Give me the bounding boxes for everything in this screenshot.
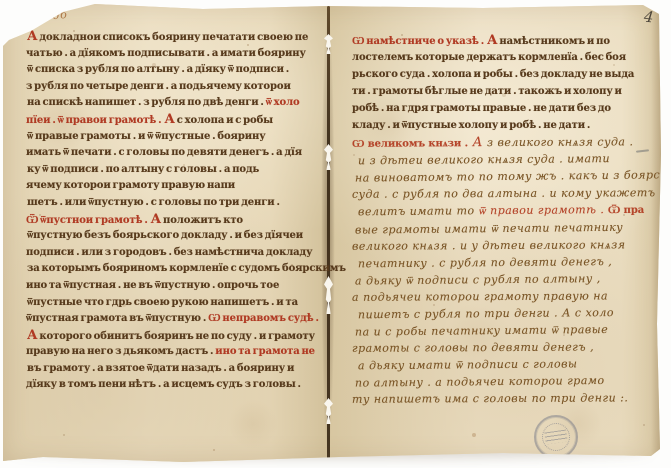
- manuscript-line: кладу . и ѿпустные холопу и робѣ . не да…: [352, 117, 654, 134]
- manuscript-scan: 3 об 4 А докладнои списокъ боярину печат…: [0, 0, 671, 468]
- ink-text: ѿ правые грамоты . и ѿ ѿпустные . боярин…: [27, 131, 266, 142]
- manuscript-line: ѿ списка з рубля по алтыну . а дїяку ѿ п…: [27, 62, 323, 79]
- ink-text: ѿпустную безъ боярьского докладу . и без…: [27, 230, 303, 241]
- rubric-text: пїеи . ѿ правои грамотѣ .: [26, 115, 161, 126]
- ink-text: рьского суда . холопа и робы . без докла…: [352, 69, 634, 80]
- binding-fold-line: [327, 6, 330, 462]
- manuscript-line: А докладнои списокъ боярину печатати сво…: [27, 29, 323, 46]
- ink-text: робѣ . на гдря грамоты правые . не дати …: [352, 103, 611, 114]
- manuscript-line: подписи . или з городовъ . без намѣстнич…: [26, 245, 322, 262]
- manuscript-line: великого кнѧзя . и у дѣтеи великого кнѧз…: [352, 236, 654, 255]
- rubric-text: А: [148, 212, 161, 227]
- ink-text: а подьячеи которои грамоту правую на: [352, 289, 608, 303]
- rubric-text: ѿ правои грамотѣ .: [475, 204, 605, 218]
- rubric-text: Ѡ великомъ кнѧзи .: [352, 138, 468, 150]
- ink-text: и з дѣтеи великого кнѧзя суда . имати: [358, 152, 610, 167]
- ink-text: ѿпустная грамота въ ѿпустную .: [26, 313, 206, 324]
- right-page-text: Ѡ намѣстниче о указѣ . А намѣстникомъ и …: [352, 32, 654, 407]
- ink-text: ти . грамоты бѣглые не дати . такожъ и х…: [352, 86, 622, 97]
- ink-text: чатью . а дїякомъ подписывати . а имати …: [26, 48, 306, 59]
- ink-text: по алтыну . а подьячеи которои грамо: [355, 374, 605, 390]
- rubric-text: А: [484, 33, 497, 48]
- ink-text: печатнику . с рубля по девяти денегъ ,: [358, 255, 612, 270]
- ink-text: ячему которои грамоту правую напи: [26, 180, 235, 191]
- manuscript-line: а подьячеи которои грамоту правую на: [352, 287, 654, 306]
- ink-text: правую на него з дьякомъ дастъ .: [26, 346, 213, 357]
- manuscript-line: ти . грамоты бѣглые не дати . такожъ и х…: [352, 83, 654, 100]
- rubric-text: А: [27, 29, 38, 44]
- ink-text: ѿпустные что гдрь своею рукою напишетъ .…: [27, 297, 298, 308]
- rubric-text: Ѡ неправомъ судѣ .: [206, 313, 319, 324]
- ink-text: ино та ѿпустная . не въ ѿпустную . опроч…: [26, 280, 279, 291]
- ink-text: а дьяку имати ѿ подписи с головы: [358, 357, 578, 372]
- rubric-text: Ѿ пра: [604, 205, 644, 216]
- manuscript-line: па и с робы печатнику имати ѿ правые: [355, 320, 657, 340]
- ink-text: докладнои списокъ боярину печатати своею…: [38, 32, 309, 43]
- manuscript-line: Ѿ ѿпустнои грамотѣ . А положитъ кто: [26, 212, 322, 229]
- rubric-text: Ѡ намѣстниче о указѣ .: [352, 36, 484, 47]
- manuscript-line: пїеи . ѿ правои грамотѣ . А с холопа и с…: [26, 112, 322, 129]
- ink-text: ту напишетъ има с головы по три денги :.: [352, 391, 628, 405]
- manuscript-line: имать ѿ печати . с головы по девяти дене…: [26, 145, 322, 162]
- manuscript-line: Ѡ намѣстниче о указѣ . А намѣстникомъ и …: [352, 32, 654, 49]
- ink-text: з великого кнѧзя суда .: [483, 136, 634, 150]
- ink-text: лостелемъ которые держатъ кормленїа . бе…: [352, 52, 626, 63]
- ink-text: вые грамоты имати ѿ печати печатнику: [355, 220, 623, 236]
- ink-text: на спискѣ напишет . з рубля по двѣ денги…: [27, 97, 264, 108]
- manuscript-line: ино та ѿпустная . не въ ѿпустную . опроч…: [26, 278, 322, 295]
- ink-text: с холопа и с робы: [175, 115, 273, 126]
- ink-text: подписи . или з городовъ . без намѣстнич…: [26, 247, 312, 258]
- manuscript-line: въ грамоту . а взятое ѿдати назадъ . а б…: [27, 361, 323, 378]
- ink-text: шетъ . или ѿпустную . с головы по три де…: [27, 197, 280, 208]
- manuscript-line: дїяку в томъ пени нѣтъ . а исцемъ судъ з…: [26, 377, 322, 394]
- ink-text: суда . с рубля по два алтына . и кому ук…: [352, 187, 656, 202]
- ink-text: дїяку в томъ пени нѣтъ . а исцемъ судъ з…: [26, 379, 301, 390]
- fore-edge: [651, 10, 661, 458]
- ink-text: ку ѿ подписи . по алтыну с головы . а по…: [27, 164, 259, 175]
- manuscript-line: лостелемъ которые держатъ кормленїа . бе…: [352, 49, 654, 66]
- ink-text: за которымъ бояриномъ кормленїе с судомъ…: [27, 263, 346, 274]
- rubric-text: А: [27, 328, 38, 343]
- ink-text: великого кнѧзя . и у дѣтеи великого кнѧз…: [352, 238, 626, 252]
- manuscript-line: грамоты с головы по девяти денегъ ,: [352, 338, 654, 357]
- manuscript-line: ту напишетъ има с головы по три денги :.: [352, 389, 654, 408]
- manuscript-line: робѣ . на гдря грамоты правые . не дати …: [352, 100, 654, 117]
- ink-text: на виноватомъ то по тому жъ . какъ и з б…: [355, 168, 671, 184]
- ink-text: положитъ кто: [161, 215, 243, 226]
- ink-text: въ грамоту . а взятое ѿдати назадъ . а б…: [27, 363, 294, 374]
- manuscript-line: за которымъ бояриномъ кормленїе с судомъ…: [27, 261, 323, 278]
- rubric-text: ино та грамота не: [213, 346, 315, 357]
- ink-text: кладу . и ѿпустные холопу и робѣ . не да…: [352, 120, 590, 131]
- ink-text: имать ѿ печати . с головы по девяти дене…: [26, 147, 302, 158]
- manuscript-line: ѿпустные что гдрь своею рукою напишетъ .…: [27, 295, 323, 312]
- manuscript-line: з рубля по четыре денги . а подьячему ко…: [26, 79, 322, 96]
- ink-text: пишетъ с рубля по три денги . А с холо: [358, 306, 614, 321]
- ink-text: ѿ списка з рубля по алтыну . а дїяку ѿ п…: [27, 64, 289, 75]
- foxing-spots: [3, 4, 5, 6]
- manuscript-line: правую на него з дьякомъ дастъ . ино та …: [26, 344, 322, 361]
- manuscript-line: ку ѿ подписи . по алтыну с головы . а по…: [27, 162, 323, 179]
- library-stamp-icon: [534, 415, 578, 459]
- manuscript-line: шетъ . или ѿпустную . с головы по три де…: [27, 195, 323, 212]
- manuscript-line: вые грамоты имати ѿ печати печатнику: [355, 218, 657, 238]
- ink-text: грамоты с головы по девяти денегъ ,: [352, 340, 594, 354]
- manuscript-line: ѿпустную безъ боярьского докладу . и без…: [27, 228, 323, 245]
- ink-text: па и с робы печатнику имати ѿ правые: [355, 323, 608, 339]
- book-spread: 3 об 4 А докладнои списокъ боярину печат…: [3, 4, 661, 462]
- ink-text: которого обинитъ бояринъ не по суду . и …: [38, 331, 315, 342]
- ink-text: велитъ имати то: [358, 205, 475, 219]
- rubric-text: А: [161, 112, 174, 127]
- rubric-text: ѿ холо: [264, 97, 300, 108]
- left-page-text: А докладнои списокъ боярину печатати сво…: [26, 29, 322, 394]
- manuscript-line: а дьяку ѿ подписи с рубля по алтыну ,: [355, 269, 657, 289]
- rubric-text: Ѿ ѿпустнои грамотѣ .: [26, 215, 148, 226]
- manuscript-line: на спискѣ напишет . з рубля по двѣ денги…: [27, 95, 323, 112]
- ink-text: а дьяку ѿ подписи с рубля по алтыну ,: [355, 272, 601, 288]
- rubric-text: А: [468, 135, 483, 150]
- manuscript-line: рьского суда . холопа и робы . без докла…: [352, 66, 654, 83]
- manuscript-line: А которого обинитъ бояринъ не по суду . …: [27, 328, 323, 345]
- manuscript-line: чатью . а дїякомъ подписывати . а имати …: [26, 46, 322, 63]
- ink-text: з рубля по четыре денги . а подьячему ко…: [26, 81, 291, 92]
- manuscript-line: ячему которои грамоту правую напи: [26, 178, 322, 195]
- ink-text: намѣстникомъ и по: [498, 36, 610, 47]
- manuscript-line: ѿ правые грамоты . и ѿ ѿпустные . боярин…: [27, 129, 323, 146]
- folio-mark: 3 об: [40, 8, 69, 23]
- manuscript-line: ѿпустная грамота въ ѿпустную . Ѡ неправо…: [26, 311, 322, 328]
